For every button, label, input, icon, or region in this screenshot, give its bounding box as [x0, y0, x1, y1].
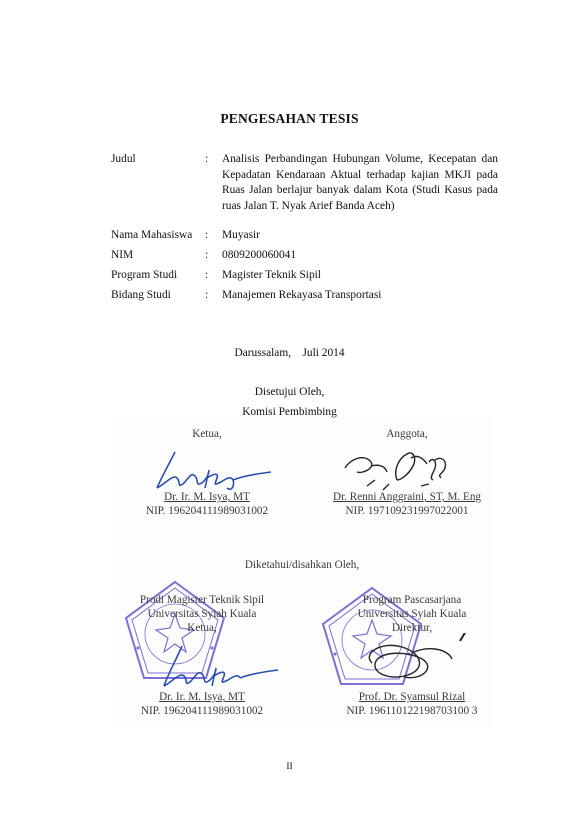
supervisor-role: Anggota,	[327, 427, 487, 441]
field-label: NIM	[111, 248, 133, 264]
approved-by: Disetujui Oleh,	[0, 386, 579, 398]
endorsed-by: Diketahui/disahkan Oleh,	[112, 558, 492, 572]
endorser-institution: Universitas Syiah Kuala	[117, 607, 287, 621]
supervisor-nip: NIP. 196204111989031002	[132, 504, 282, 518]
field-label: Nama Mahasiswa	[111, 228, 192, 244]
endorser-nip: NIP. 196110122198703100 3	[327, 704, 497, 718]
field-value: Muyasir	[222, 228, 498, 244]
field-label: Bidang Studi	[111, 288, 171, 304]
field-nama-mahasiswa: Nama Mahasiswa : Muyasir	[111, 228, 497, 244]
field-label: Judul	[111, 152, 136, 168]
endorser-institution: Universitas Syiah Kuala	[327, 607, 497, 621]
signature-anggota	[337, 440, 477, 495]
signature-direktur	[352, 633, 472, 688]
field-value: 0809200060041	[222, 248, 498, 264]
signature-prodi	[152, 640, 282, 690]
page-title: PENGESAHAN TESIS	[0, 111, 579, 127]
signature-scan: Ketua, Dr. Ir. M. Isya, MT NIP. 19620411…	[112, 418, 492, 728]
field-value: Magister Teknik Sipil	[222, 268, 498, 284]
field-separator: :	[205, 248, 208, 264]
field-separator: :	[205, 268, 208, 284]
endorser-unit: Program Pascasarjana	[327, 593, 497, 607]
committee-label: Komisi Pembimbing	[0, 406, 579, 418]
field-program-studi: Program Studi : Magister Teknik Sipil	[111, 268, 497, 284]
supervisor-nip: NIP. 197109231997022001	[322, 504, 492, 518]
endorser-name: Prof. Dr. Syamsul Rizal	[327, 690, 497, 704]
field-value: Manajemen Rekayasa Transportasi	[222, 288, 498, 304]
endorser-name: Dr. Ir. M. Isya, MT	[117, 690, 287, 704]
endorser-unit: Prodi Magister Teknik Sipil	[117, 593, 287, 607]
field-label: Program Studi	[111, 268, 177, 284]
field-value: Analisis Perbandingan Hubungan Volume, K…	[222, 152, 498, 214]
field-separator: :	[205, 152, 208, 168]
supervisor-name: Dr. Renni Anggraini, ST, M. Eng	[322, 490, 492, 504]
page-number: II	[0, 762, 579, 772]
field-separator: :	[205, 228, 208, 244]
endorser-role: Ketua,	[117, 621, 287, 635]
field-separator: :	[205, 288, 208, 304]
field-bidang-studi: Bidang Studi : Manajemen Rekayasa Transp…	[111, 288, 497, 304]
field-nim: NIM : 0809200060041	[111, 248, 497, 264]
signature-ketua	[147, 444, 277, 494]
endorser-nip: NIP. 196204111989031002	[117, 704, 287, 718]
supervisor-name: Dr. Ir. M. Isya, MT	[132, 490, 282, 504]
supervisor-role: Ketua,	[132, 427, 282, 441]
field-judul: Judul : Analisis Perbandingan Hubungan V…	[111, 152, 497, 216]
place-date: Darussalam, Juli 2014	[0, 347, 579, 359]
